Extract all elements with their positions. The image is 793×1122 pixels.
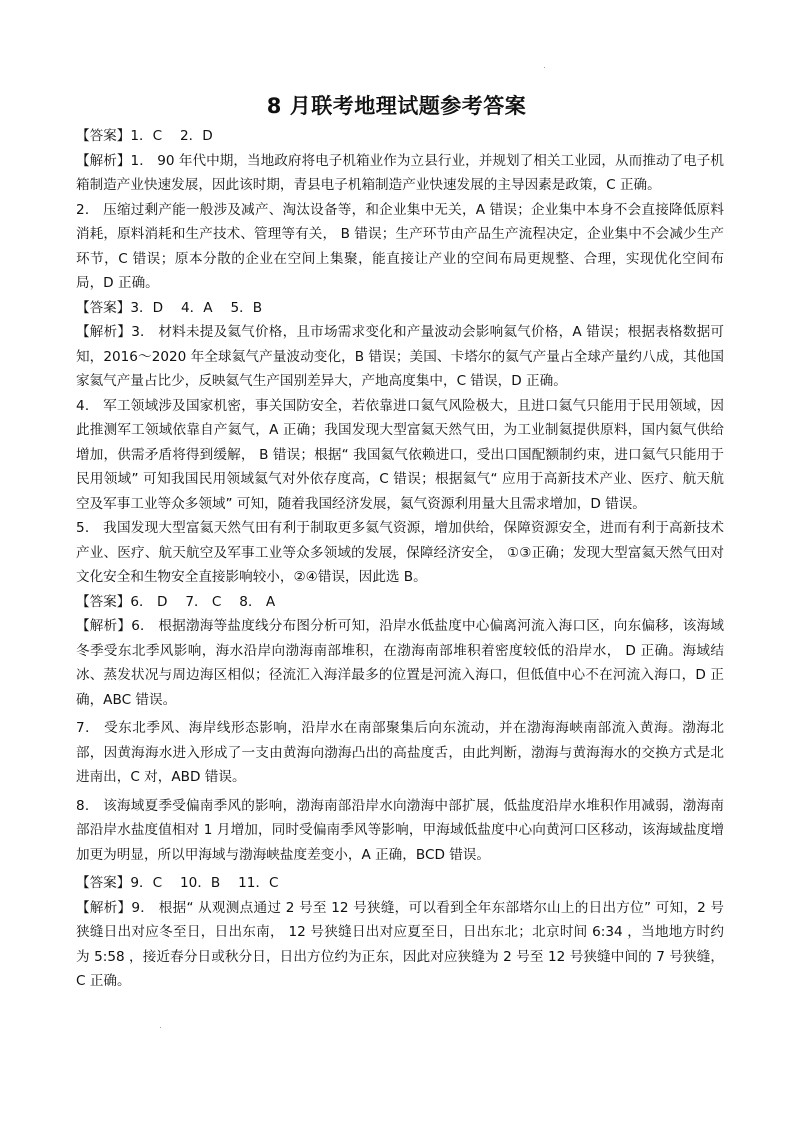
answer-block-2: 【答案】3．D 4．A 5．B (76, 296, 724, 321)
answer-label: 【答案】 (76, 594, 130, 610)
analysis-block-3: 【解析】3． 材料未提及氦气价格，且市场需求变化和产量波动会影响氦气价格，A 错… (76, 320, 724, 394)
answer-block-3: 【答案】6． D 7． C 8． A (76, 590, 724, 615)
scan-speck (544, 67, 545, 68)
analysis-block-7: 7． 受东北季风、海岸线形态影响，沿岸水在南部聚集后向东流动，并在渤海海峡南部流… (76, 716, 724, 790)
analysis-text: 4． 军工领域涉及国家机密，事关国防安全，若依靠进口氦气风险极大，且进口氦气只能… (76, 398, 724, 512)
analysis-block-2: 2． 压缩过剩产能一般涉及减产、淘汰设备等，和企业集中无关，A 错误；企业集中本… (76, 198, 724, 296)
analysis-block-6: 【解析】6． 根据渤海等盐度线分布图分析可知，沿岸水低盐度中心偏离河流入海口区，… (76, 614, 724, 712)
answer-label: 【答案】 (76, 875, 130, 891)
document-body: 【答案】1．C 2．D 【解析】1． 90 年代中期，当地政府将电子机箱业作为立… (76, 124, 724, 994)
answer-text: 1．C 2．D (130, 128, 212, 144)
document-page: 8 月联考地理试题参考答案 【答案】1．C 2．D 【解析】1． 90 年代中期… (0, 0, 793, 1122)
answer-text: 9．C 10．B 11．C (130, 875, 278, 891)
answer-block-4: 【答案】9．C 10．B 11．C (76, 871, 724, 896)
document-title: 8 月联考地理试题参考答案 (0, 92, 793, 120)
analysis-text: 2． 压缩过剩产能一般涉及减产、淘汰设备等，和企业集中无关，A 错误；企业集中本… (76, 202, 724, 292)
analysis-text: 9． 根据“ 从观测点通过 2 号至 12 号狭缝，可以看到全年东部塔尔山上的日… (76, 900, 724, 990)
analysis-text: 7． 受东北季风、海岸线形态影响，沿岸水在南部聚集后向东流动，并在渤海海峡南部流… (76, 720, 724, 785)
analysis-text: 8． 该海域夏季受偏南季风的影响，渤海南部沿岸水向渤海中部扩展，低盐度沿岸水堆积… (76, 798, 724, 863)
analysis-block-8: 8． 该海域夏季受偏南季风的影响，渤海南部沿岸水向渤海中部扩展，低盐度沿岸水堆积… (76, 794, 724, 868)
analysis-block-1: 【解析】1． 90 年代中期，当地政府将电子机箱业作为立县行业，并规划了相关工业… (76, 149, 724, 198)
answer-block-1: 【答案】1．C 2．D (76, 124, 724, 149)
answer-text: 6． D 7． C 8． A (130, 594, 275, 610)
answer-text: 3．D 4．A 5．B (130, 300, 262, 316)
analysis-text: 6． 根据渤海等盐度线分布图分析可知，沿岸水低盐度中心偏离河流入海口区，向东偏移… (76, 618, 724, 708)
answer-label: 【答案】 (76, 128, 130, 144)
answer-label: 【答案】 (76, 300, 130, 316)
analysis-block-5: 5． 我国发现大型富氦天然气田有利于制取更多氦气资源，增加供给，保障资源安全，进… (76, 516, 724, 590)
analysis-block-9: 【解析】9． 根据“ 从观测点通过 2 号至 12 号狭缝，可以看到全年东部塔尔… (76, 896, 724, 994)
analysis-text: 1． 90 年代中期，当地政府将电子机箱业作为立县行业，并规划了相关工业园，从而… (76, 153, 724, 194)
analysis-label: 【解析】 (76, 900, 131, 916)
scan-speck (160, 1027, 161, 1028)
analysis-block-4: 4． 军工领域涉及国家机密，事关国防安全，若依靠进口氦气风险极大，且进口氦气只能… (76, 394, 724, 517)
analysis-label: 【解析】 (76, 324, 131, 340)
analysis-text: 5． 我国发现大型富氦天然气田有利于制取更多氦气资源，增加供给，保障资源安全，进… (76, 520, 724, 585)
analysis-label: 【解析】 (76, 153, 131, 169)
analysis-label: 【解析】 (76, 618, 131, 634)
analysis-text: 3． 材料未提及氦气价格，且市场需求变化和产量波动会影响氦气价格，A 错误；根据… (76, 324, 724, 389)
